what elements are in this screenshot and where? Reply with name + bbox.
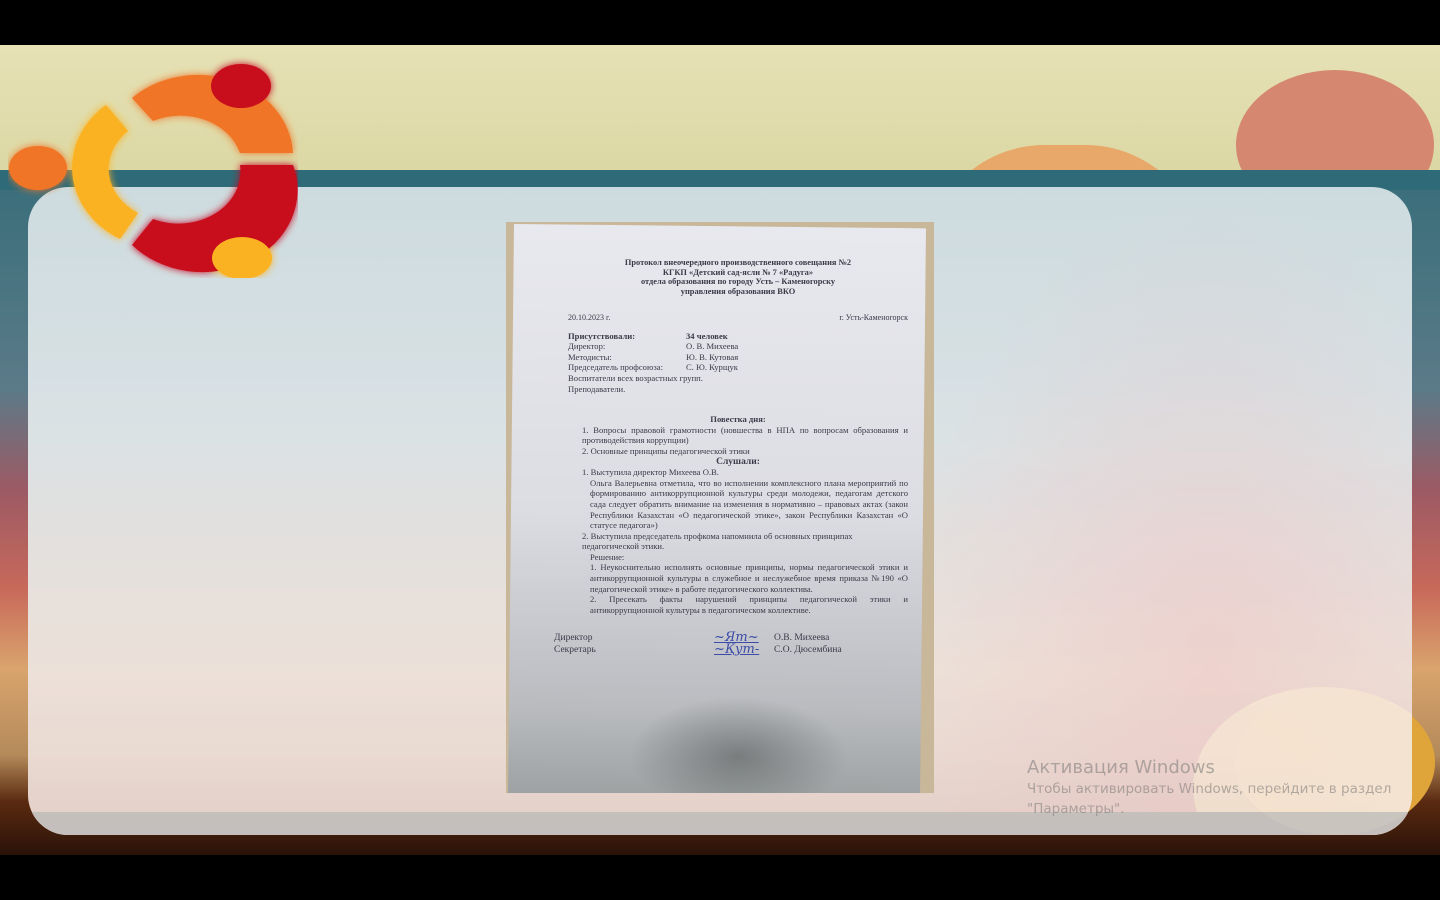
attendee-name: Ю. В. Кутовая (686, 352, 908, 363)
signatures-block: Директор~Ят~О.В. Михеева Секретарь~Қут-С… (568, 632, 908, 656)
heard-heading: Слушали: (568, 457, 908, 468)
attendance-label: Присутствовали: (568, 331, 686, 342)
signature-name: О.В. Михеева (774, 632, 908, 644)
doc-title-line: Протокол внеочередного производственного… (568, 258, 908, 268)
windows-activation-watermark: Активация Windows Чтобы активировать Win… (1027, 757, 1391, 819)
doc-city: г. Усть-Каменогорск (839, 313, 908, 324)
activation-line: "Параметры". (1027, 799, 1391, 819)
document-photo: Протокол внеочередного производственного… (506, 222, 934, 793)
attendee-extra: Воспитатели всех возрастных групп. (568, 373, 908, 384)
attendance-block: Присутствовали:34 человек Директор:О. В.… (568, 331, 908, 395)
signature-role: Директор (554, 632, 714, 644)
doc-title-line: КГКП «Детский сад-ясли № 7 «Радуга» (568, 268, 908, 278)
attendance-count: 34 человек (686, 331, 908, 342)
doc-date: 20.10.2023 г. (568, 313, 610, 324)
signature-name: С.О. Дюсембина (774, 644, 908, 656)
doc-date-row: 20.10.2023 г. г. Усть-Каменогорск (568, 313, 908, 324)
ubuntu-logo-icon (8, 53, 298, 278)
agenda-item: 2. Основные принципы педагогической этик… (568, 446, 908, 457)
attendee-role: Методисты: (568, 352, 686, 363)
attendee-role: Директор: (568, 341, 686, 352)
heard-item-title: 1. Выступила директор Михеева О.В. (568, 467, 908, 478)
doc-title-line: отдела образования по городу Усть – Каме… (568, 277, 908, 287)
agenda-heading: Повестка дня: (568, 414, 908, 425)
doc-title-line: управления образования ВКО (568, 287, 908, 297)
heard-item-text: Ольга Валерьевна отметила, что во исполн… (568, 478, 908, 531)
attendee-role: Председатель профсоюза: (568, 362, 686, 373)
decision-item: 1. Неукоснительно исполнять основные при… (568, 562, 908, 594)
decision-label: Решение: (568, 552, 908, 563)
decision-item: 2. Пресекать факты нарушений принципы пе… (568, 594, 908, 615)
signature-role: Секретарь (554, 644, 714, 656)
attendee-name: С. Ю. Курщук (686, 362, 908, 373)
heard-item-text: 2. Выступила председатель профкома напом… (568, 531, 908, 552)
paper-shadow (628, 695, 849, 793)
activation-line: Чтобы активировать Windows, перейдите в … (1027, 779, 1391, 799)
agenda-item: 1. Вопросы правовой грамотности (новшест… (568, 425, 908, 446)
attendee-extra: Преподаватели. (568, 384, 908, 395)
protocol-document: Протокол внеочередного производственного… (568, 258, 908, 656)
activation-title: Активация Windows (1027, 757, 1391, 779)
signature-mark: ~Қут- (714, 644, 774, 656)
attendee-name: О. В. Михеева (686, 341, 908, 352)
